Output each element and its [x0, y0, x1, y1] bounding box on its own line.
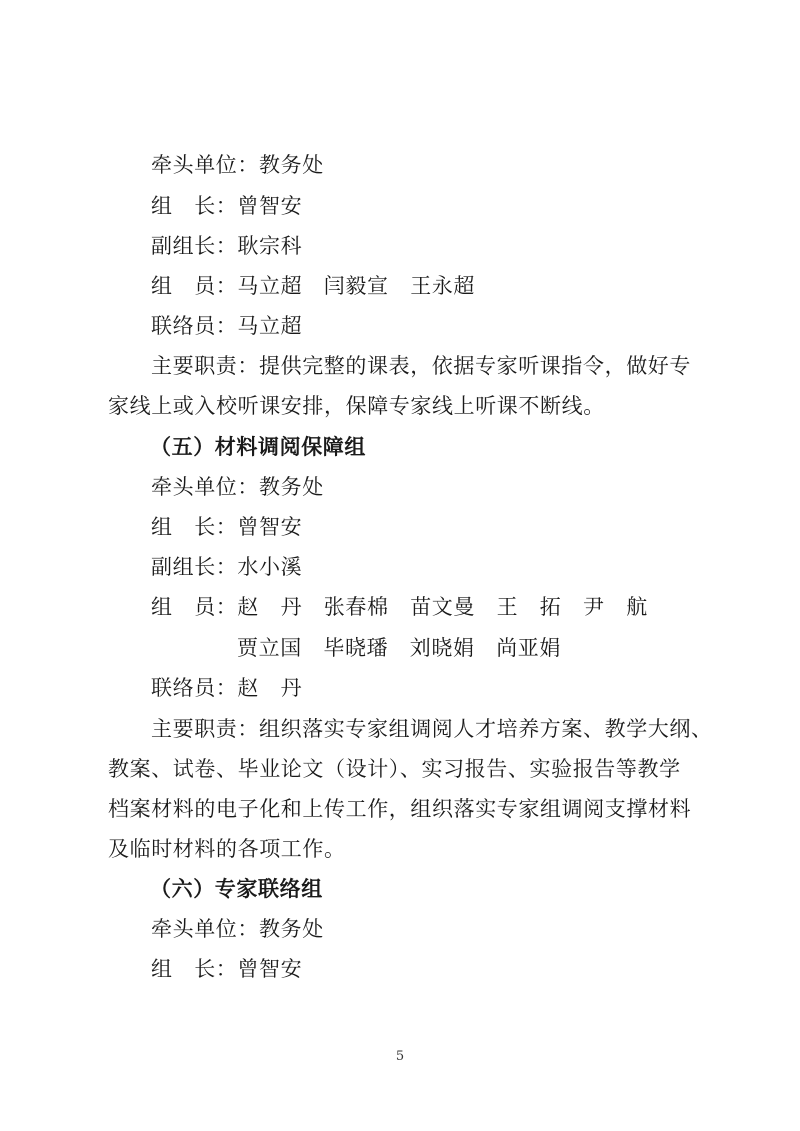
deputy-leader-line: 副组长：耿宗科 — [151, 226, 751, 266]
lead-unit-line: 牵头单位：教务处 — [151, 145, 751, 185]
members-continuation-line: 贾立国 毕晓璠 刘晓娟 尚亚娟 — [237, 628, 800, 668]
members-line: 组 员：赵 丹 张春棉 苗文曼 王 拓 尹 航 — [151, 587, 751, 627]
liaison-line: 联络员：赵 丹 — [151, 668, 751, 708]
deputy-leader-line: 副组长：水小溪 — [151, 547, 751, 587]
duties-paragraph-line: 主要职责：组织落实专家组调阅人才培养方案、教学大纲、 — [151, 709, 751, 749]
leader-line: 组 长：曾智安 — [151, 949, 751, 989]
lead-unit-line: 牵头单位：教务处 — [151, 467, 751, 507]
document-page: 牵头单位：教务处 组 长：曾智安 副组长：耿宗科 组 员：马立超 闫毅宣 王永超… — [0, 0, 800, 1131]
leader-line: 组 长：曾智安 — [151, 186, 751, 226]
section-heading: （六）专家联络组 — [150, 869, 750, 909]
duties-paragraph-line: 教案、试卷、毕业论文（设计）、实习报告、实验报告等教学 — [108, 749, 708, 789]
members-line: 组 员：马立超 闫毅宣 王永超 — [151, 266, 751, 306]
page-number: 5 — [0, 1048, 800, 1066]
duties-paragraph-line: 主要职责：提供完整的课表，依据专家听课指令，做好专 — [151, 346, 751, 386]
duties-paragraph-line: 及临时材料的各项工作。 — [108, 829, 708, 869]
section-heading: （五）材料调阅保障组 — [150, 427, 750, 467]
duties-paragraph-line: 家线上或入校听课安排，保障专家线上听课不断线。 — [108, 386, 708, 426]
liaison-line: 联络员：马立超 — [151, 306, 751, 346]
lead-unit-line: 牵头单位：教务处 — [151, 909, 751, 949]
duties-paragraph-line: 档案材料的电子化和上传工作，组织落实专家组调阅支撑材料 — [108, 789, 708, 829]
leader-line: 组 长：曾智安 — [151, 507, 751, 547]
